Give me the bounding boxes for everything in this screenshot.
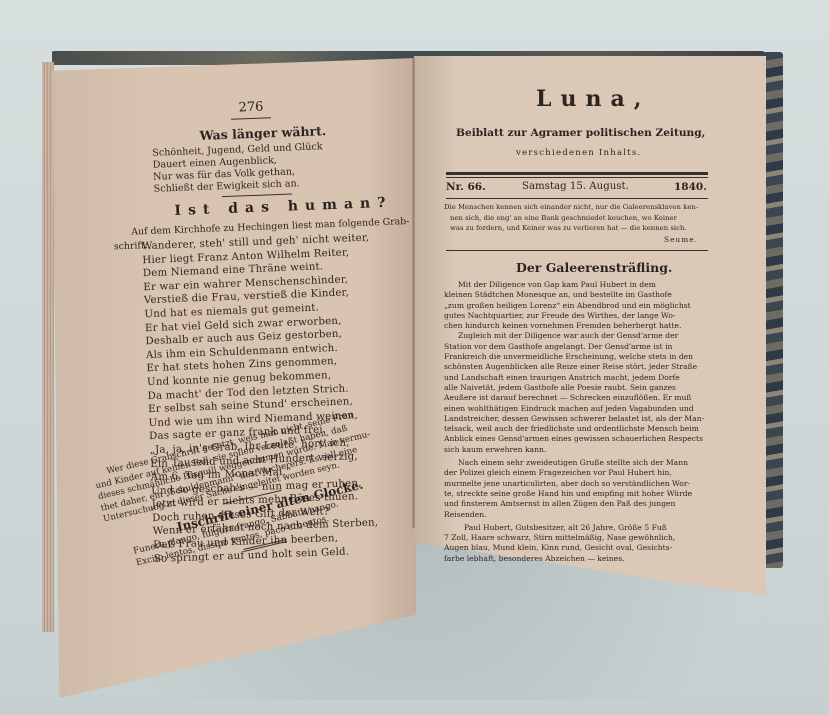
right-page-content: Luna, Beiblatt zur Agramer politischen Z… [444, 84, 744, 554]
paragraph: Mit der Diligence von Gap kam Paul Huber… [444, 280, 710, 331]
masthead-rule-thick [446, 172, 708, 175]
text-line: telsack, weil auch der friedlichste und … [444, 424, 710, 434]
text-line: Reisenden. [444, 510, 710, 520]
text-line: „zum großen heiligen Lorenz“ ein Abendbr… [444, 301, 710, 311]
text-line: murmelte jene unarticulirten, aber doch … [444, 479, 710, 489]
text-line: Augen blau, Mund klein, Kinn rund, Gesic… [444, 543, 710, 553]
text-line: alle Naivetät, jedem Gasthofe alle Poesi… [444, 383, 710, 393]
epigraph-author: Seume. [444, 234, 709, 245]
text-line: und Landschaft einen traurigen Anstrich … [444, 373, 710, 383]
text-line: chen hindurch keinen vornehmen Fremden b… [444, 321, 710, 331]
article-title: Ist das human? [174, 195, 392, 219]
text-line: Zugleich mit der Diligence war auch der … [444, 331, 710, 341]
text-line: Anblick eines Gensd'armen eines gewissen… [444, 434, 710, 444]
article-body: Mit der Diligence von Gap kam Paul Huber… [444, 280, 710, 564]
poem-title: Was länger währt. [199, 123, 326, 143]
epigraph-rule [446, 250, 708, 251]
page-number: 276 [238, 100, 263, 116]
text-line: Paul Hubert, Gutsbesitzer, alt 26 Jahre,… [444, 523, 710, 533]
text-line: der Polizei gleich einem Fragezeichen vo… [444, 468, 710, 478]
poem-lines: Schönheit, Jugend, Geld und Glück Dauert… [152, 141, 324, 196]
paragraph: Nach einem sehr zweideutigen Gruße stell… [444, 458, 710, 520]
text-line: Nach einem sehr zweideutigen Gruße stell… [444, 458, 710, 468]
epigraph-line: Die Menschen kennen sich einander nicht,… [444, 202, 709, 213]
text-line: Station vor dem Gasthofe angelangt. Der … [444, 342, 710, 352]
masthead-rule-thin [446, 177, 708, 178]
issue-number: Nr. 66. [446, 181, 486, 193]
text-line: Landstreicher, dessen Gewissen schwerer … [444, 414, 710, 424]
text-line: Mit der Diligence von Gap kam Paul Huber… [444, 280, 710, 290]
epigraph: Die Menschen kennen sich einander nicht,… [444, 202, 709, 245]
text-line: farbe lebhaft, besonderes Abzeichen — ke… [444, 554, 710, 564]
text-line: Aeußere ist darauf berechnet — Schrecken… [444, 393, 710, 403]
paragraph: Zugleich mit der Diligence war auch der … [444, 331, 710, 455]
epigraph-line: was zu fordern, und Keiner was zu verlie… [444, 223, 709, 234]
masthead-subtitle: Beiblatt zur Agramer politischen Zeitung… [456, 127, 705, 139]
paragraph: Paul Hubert, Gutsbesitzer, alt 26 Jahre,… [444, 523, 710, 564]
epigraph-line: nen sich, die eng' an eine Bank geschmie… [444, 213, 709, 224]
issue-year: 1840. [674, 181, 707, 193]
text-line: sich kaum erwehren kann. [444, 445, 710, 455]
article-title: Der Galeerensträfling. [516, 260, 672, 275]
text-line: und finsterem Amtsernst in allen Zügen d… [444, 499, 710, 509]
issue-date: Samstag 15. August. [522, 181, 629, 192]
issue-rule [446, 198, 708, 199]
page-stack-edge [42, 62, 54, 632]
text-line: 7 Zoll, Haare schwarz, Stirn mittelmäßig… [444, 533, 710, 543]
text-line: kleinen Städtchen Monesque an, und beste… [444, 290, 710, 300]
masthead-title: Luna, [536, 86, 650, 112]
text-line: Frankreich die unvermeidliche Erscheinun… [444, 352, 710, 362]
masthead-tagline: verschiedenen Inhalts. [516, 148, 641, 158]
text-line: einen wohlthätigen Eindruck machen auf j… [444, 404, 710, 414]
text-line: gutes Nachtquartier, zur Freude des Wirt… [444, 311, 710, 321]
section-divider [222, 193, 292, 197]
page-number-underline [231, 117, 271, 120]
marbled-cover-edge [763, 52, 783, 568]
text-line: te, streckte seine große Hand hin und em… [444, 489, 710, 499]
text-line: schönsten Augenblicken alle Reize einer … [444, 362, 710, 372]
